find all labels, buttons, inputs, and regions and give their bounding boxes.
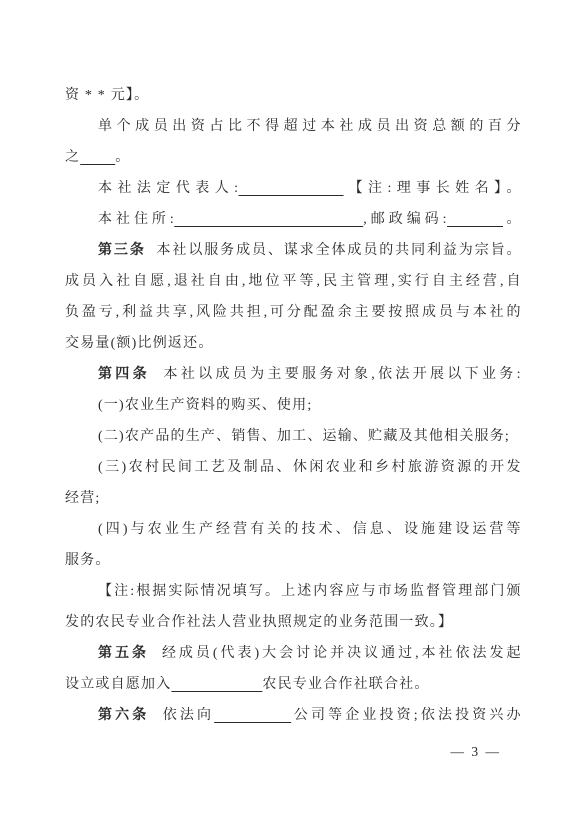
- article-5-line-1: 第五条 经成员(代表)大会讨论并决议通过,本社依法发起: [65, 638, 521, 669]
- text-run: (四)与农业生产经营有关的技术、信息、设施建设运营等: [98, 522, 521, 537]
- legal-representative-line: 本社法定代表人:_______________【注:理事长姓名】。: [65, 173, 521, 204]
- text-run: 【注:理事长姓名】。: [344, 181, 521, 196]
- text-run: 农民专业合作社联合社。: [262, 677, 429, 692]
- text-run: 服务。: [65, 553, 111, 568]
- text-run: 成员入社自愿,退社自由,地位平等,民主管理,实行自主经营,自: [65, 274, 521, 289]
- text-run: 本社以成员为主要服务对象,依法开展以下业务:: [150, 367, 521, 382]
- document-body: 资 * * 元】。单个成员出资占比不得超过本社成员出资总额的百分之_____。本…: [65, 80, 521, 731]
- article-3-line-3: 负盈亏,利益共享,风险共担,可分配盈余主要按照成员与本社的: [65, 297, 521, 328]
- text-run: 之: [65, 150, 80, 165]
- text-run: 负盈亏,利益共享,风险共担,可分配盈余主要按照成员与本社的: [65, 305, 521, 320]
- note-line-2: 发的农民专业合作社法人营业执照规定的业务范围一致。】: [65, 607, 521, 638]
- article-3-line-4: 交易量(额)比例返还。: [65, 328, 521, 359]
- business-item-3-line-2: 经营;: [65, 483, 521, 514]
- fill-in-blank: _______________: [239, 181, 344, 196]
- document-page: 资 * * 元】。单个成员出资占比不得超过本社成员出资总额的百分之_____。本…: [0, 0, 587, 817]
- text-run: 资 * * 元】。: [65, 88, 149, 103]
- address-postcode-line: 本社住所:___________________________,邮政编码:__…: [65, 204, 521, 235]
- article-number-label: 第四条: [98, 367, 150, 382]
- text-run: 经成员(代表)大会讨论并决议通过,本社依法发起: [149, 646, 521, 661]
- article-number-label: 第六条: [98, 708, 149, 723]
- business-item-3-line-1: (三)农村民间工艺及制品、休闲农业和乡村旅游资源的开发: [65, 452, 521, 483]
- article-number-label: 第三条: [98, 243, 146, 258]
- text-run: 本社法定代表人:: [98, 181, 239, 196]
- member-contribution-limit-line-2: 之_____。: [65, 142, 521, 173]
- article-3-line-2: 成员入社自愿,退社自由,地位平等,民主管理,实行自主经营,自: [65, 266, 521, 297]
- text-run: 本社住所:: [98, 212, 174, 227]
- fill-in-blank: ________: [447, 212, 503, 227]
- fill-in-blank: ___________: [214, 708, 291, 723]
- text-run: 依法向: [149, 708, 214, 723]
- text-run: 本社以服务成员、谋求全体成员的共同利益为宗旨。: [146, 243, 521, 258]
- text-run: 【注:根据实际情况填写。上述内容应与市场监督管理部门颁: [98, 584, 521, 599]
- text-run: 设立或自愿加入: [65, 677, 171, 692]
- article-6-line-1: 第六条 依法向___________公司等企业投资;依法投资兴办: [65, 700, 521, 731]
- text-run: 公司等企业投资;依法投资兴办: [291, 708, 521, 723]
- capital-amount-tail: 资 * * 元】。: [65, 80, 521, 111]
- note-line-1: 【注:根据实际情况填写。上述内容应与市场监督管理部门颁: [65, 576, 521, 607]
- text-run: ,邮政编码:: [363, 212, 447, 227]
- article-5-line-2: 设立或自愿加入_____________农民专业合作社联合社。: [65, 669, 521, 700]
- fill-in-blank: _____________: [171, 677, 262, 692]
- text-run: (一)农业生产资料的购买、使用;: [98, 398, 312, 413]
- article-number-label: 第五条: [98, 646, 149, 661]
- business-item-4-line-1: (四)与农业生产经营有关的技术、信息、设施建设运营等: [65, 514, 521, 545]
- text-run: 经营;: [65, 491, 101, 506]
- page-number: — 3 —: [451, 742, 502, 762]
- text-run: (三)农村民间工艺及制品、休闲农业和乡村旅游资源的开发: [98, 460, 521, 475]
- fill-in-blank: _____: [80, 150, 115, 165]
- text-run: (二)农产品的生产、销售、加工、运输、贮藏及其他相关服务;: [98, 429, 510, 444]
- business-item-1: (一)农业生产资料的购买、使用;: [65, 390, 521, 421]
- text-run: 交易量(额)比例返还。: [65, 336, 214, 351]
- member-contribution-limit-line-1: 单个成员出资占比不得超过本社成员出资总额的百分: [65, 111, 521, 142]
- text-run: 单个成员出资占比不得超过本社成员出资总额的百分: [98, 119, 521, 134]
- article-4-line-1: 第四条 本社以成员为主要服务对象,依法开展以下业务:: [65, 359, 521, 390]
- text-run: 。: [115, 150, 130, 165]
- business-item-4-line-2: 服务。: [65, 545, 521, 576]
- fill-in-blank: ___________________________: [174, 212, 363, 227]
- business-item-2: (二)农产品的生产、销售、加工、运输、贮藏及其他相关服务;: [65, 421, 521, 452]
- text-run: 。: [503, 212, 521, 227]
- article-3-line-1: 第三条 本社以服务成员、谋求全体成员的共同利益为宗旨。: [65, 235, 521, 266]
- text-run: 发的农民专业合作社法人营业执照规定的业务范围一致。】: [65, 615, 453, 630]
